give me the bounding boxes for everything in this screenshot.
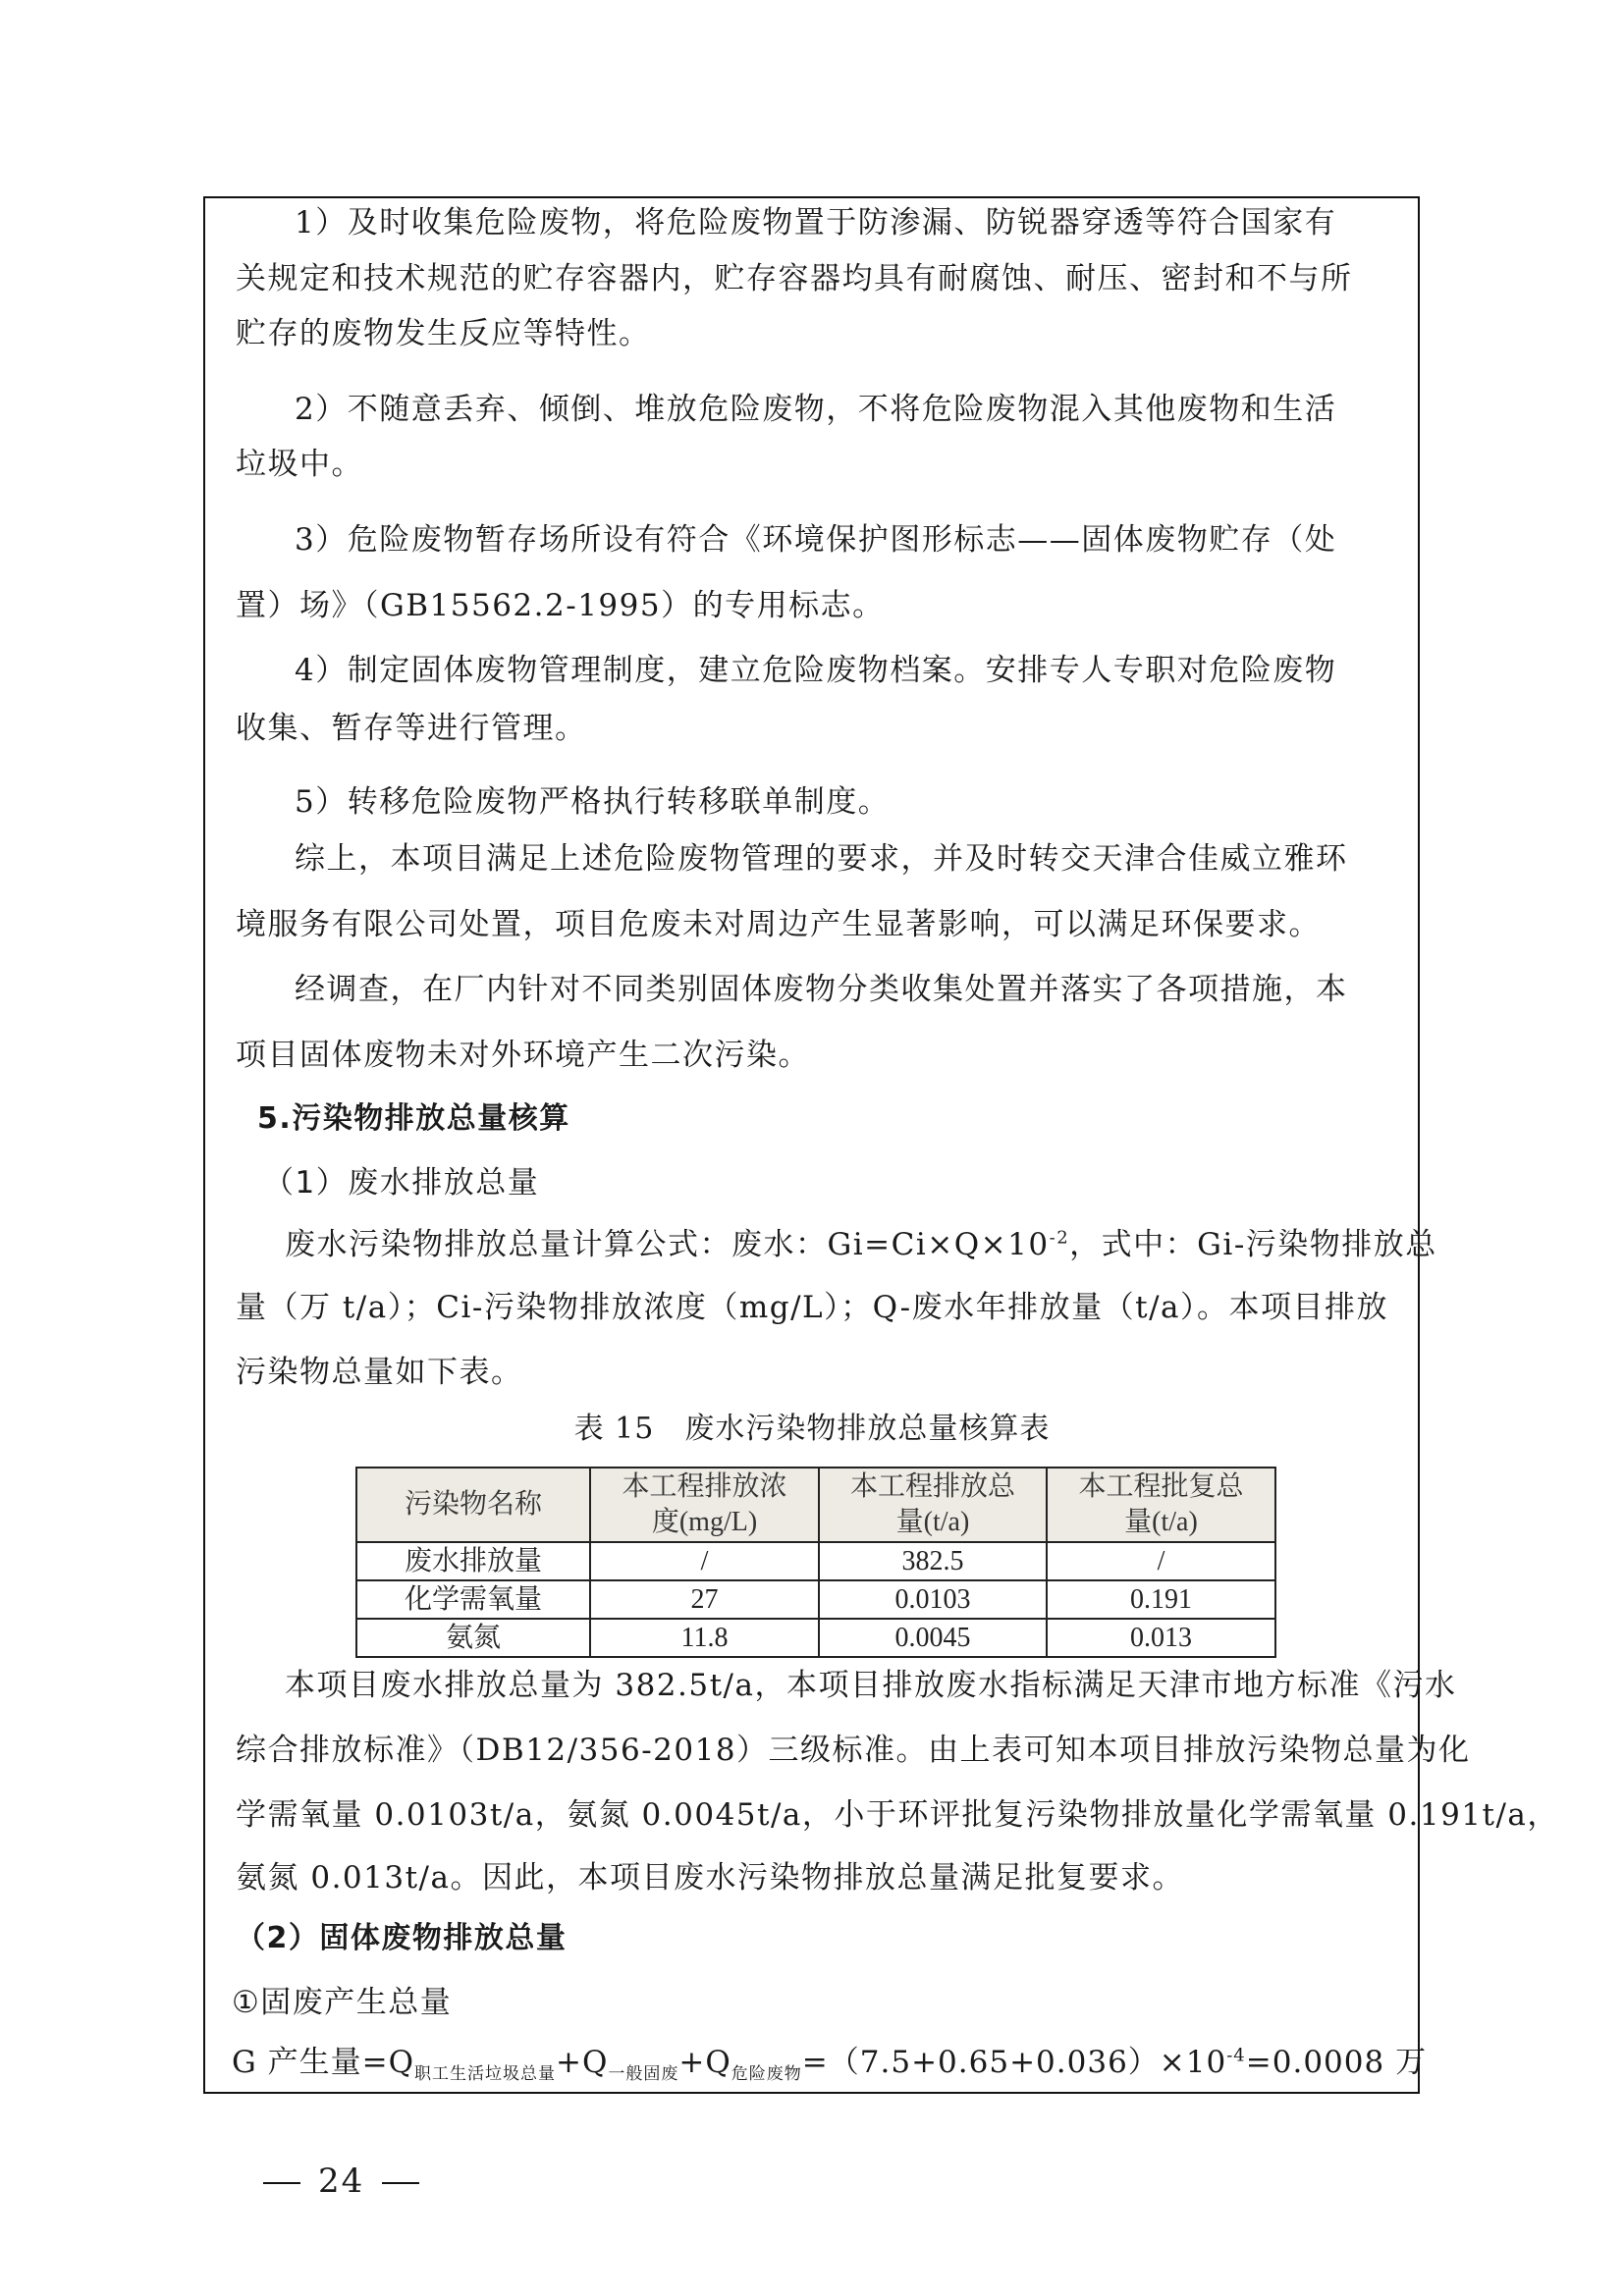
table-header-cell: 污染物名称 [356, 1468, 590, 1542]
table-row: 氨氮 11.8 0.0045 0.013 [356, 1619, 1275, 1657]
table-cell: 氨氮 [356, 1619, 590, 1657]
table-cell: 382.5 [819, 1542, 1047, 1580]
paragraph-line: 学需氧量 0.0103t/a，氨氮 0.0045t/a，小于环评批复污染物排放量… [236, 1795, 1559, 1835]
paragraph-line: 3）危险废物暂存场所设有符合《环境保护图形标志——固体废物贮存（处 [295, 520, 1336, 560]
table-cell: 化学需氧量 [356, 1580, 590, 1619]
table-row: 废水排放量 / 382.5 / [356, 1542, 1275, 1580]
dash-decoration [382, 2182, 419, 2184]
subsection-heading: （2）固体废物排放总量 [236, 1919, 567, 1958]
exponent: -4 [1226, 2046, 1246, 2066]
subscript: 一般固废 [608, 2064, 678, 2084]
subsection-heading: （1）废水排放总量 [263, 1163, 539, 1202]
table-cell: 0.0045 [819, 1619, 1047, 1657]
paragraph-line: 垃圾中。 [236, 445, 363, 484]
paragraph-line: 置）场》（GB15562.2-1995）的专用标志。 [236, 586, 885, 625]
paragraph-line: 5）转移危险废物严格执行转移联单制度。 [295, 782, 890, 822]
paragraph-line: 经调查，在厂内针对不同类别固体废物分类收集处置并落实了各项措施，本 [295, 970, 1348, 1009]
paragraph-line: 贮存的废物发生反应等特性。 [236, 314, 651, 353]
formula-exponent: -2 [1050, 1228, 1070, 1249]
table-cell: / [590, 1542, 819, 1580]
paragraph-line: 量（万 t/a）；Ci-污染物排放浓度（mg/L）；Q-废水年排放量（t/a）。… [236, 1288, 1388, 1327]
table-cell: 0.013 [1047, 1619, 1275, 1657]
table-cell: 27 [590, 1580, 819, 1619]
paragraph-line: 本项目废水排放总量为 382.5t/a，本项目排放废水指标满足天津市地方标准《污… [285, 1666, 1456, 1705]
page-footer: 24 [245, 2162, 437, 2201]
table-cell: 0.191 [1047, 1580, 1275, 1619]
paragraph-line: 境服务有限公司处置，项目危废未对周边产生显著影响，可以满足环保要求。 [236, 905, 1321, 944]
solid-waste-equation: G 产生量=Q职工生活垃圾总量+Q一般固废+Q危险废物=（7.5+0.65+0.… [232, 2043, 1427, 2082]
section-heading: 5.污染物排放总量核算 [257, 1099, 570, 1139]
formula-text: 废水污染物排放总量计算公式：废水：Gi=Ci×Q×10 [285, 1227, 1050, 1262]
paragraph-line: 综合排放标准》（DB12/356-2018）三级标准。由上表可知本项目排放污染物… [236, 1731, 1471, 1770]
paragraph-line: 收集、暂存等进行管理。 [236, 709, 587, 748]
dash-decoration [263, 2182, 300, 2184]
paragraph-line: 污染物总量如下表。 [236, 1353, 523, 1392]
paragraph-line: 综上，本项目满足上述危险废物管理的要求，并及时转交天津合佳威立雅环 [295, 839, 1348, 879]
table-cell: 11.8 [590, 1619, 819, 1657]
list-item-heading: ①固废产生总量 [232, 1983, 452, 2022]
paragraph-line: 2）不随意丢弃、倾倒、堆放危险废物，不将危险废物混入其他废物和生活 [295, 390, 1336, 429]
table-cell: 废水排放量 [356, 1542, 590, 1580]
subscript: 危险废物 [731, 2064, 802, 2084]
table-caption: 表 15 废水污染物排放总量核算表 [0, 1410, 1624, 1449]
formula-line: 废水污染物排放总量计算公式：废水：Gi=Ci×Q×10-2，式中：Gi-污染物排… [285, 1225, 1437, 1264]
paragraph-line: 关规定和技术规范的贮存容器内，贮存容器均具有耐腐蚀、耐压、密封和不与所 [236, 259, 1353, 298]
emission-table: 污染物名称 本工程排放浓度(mg/L) 本工程排放总量(t/a) 本工程批复总量… [355, 1467, 1276, 1658]
table-header-row: 污染物名称 本工程排放浓度(mg/L) 本工程排放总量(t/a) 本工程批复总量… [356, 1468, 1275, 1542]
table-cell: / [1047, 1542, 1275, 1580]
paragraph-line: 氨氮 0.013t/a。因此，本项目废水污染物排放总量满足批复要求。 [236, 1858, 1184, 1897]
table-header-cell: 本工程排放浓度(mg/L) [590, 1468, 819, 1542]
subscript: 职工生活垃圾总量 [414, 2064, 556, 2084]
table-cell: 0.0103 [819, 1580, 1047, 1619]
paragraph-line: 4）制定固体废物管理制度，建立危险废物档案。安排专人专职对危险废物 [295, 651, 1336, 690]
table-header-cell: 本工程排放总量(t/a) [819, 1468, 1047, 1542]
paragraph-line: 1）及时收集危险废物，将危险废物置于防渗漏、防锐器穿透等符合国家有 [295, 203, 1336, 242]
page-number: 24 [318, 2162, 364, 2201]
formula-text: ，式中：Gi-污染物排放总 [1069, 1227, 1437, 1262]
table-header-cell: 本工程批复总量(t/a) [1047, 1468, 1275, 1542]
table-row: 化学需氧量 27 0.0103 0.191 [356, 1580, 1275, 1619]
paragraph-line: 项目固体废物未对外环境产生二次污染。 [236, 1036, 810, 1075]
